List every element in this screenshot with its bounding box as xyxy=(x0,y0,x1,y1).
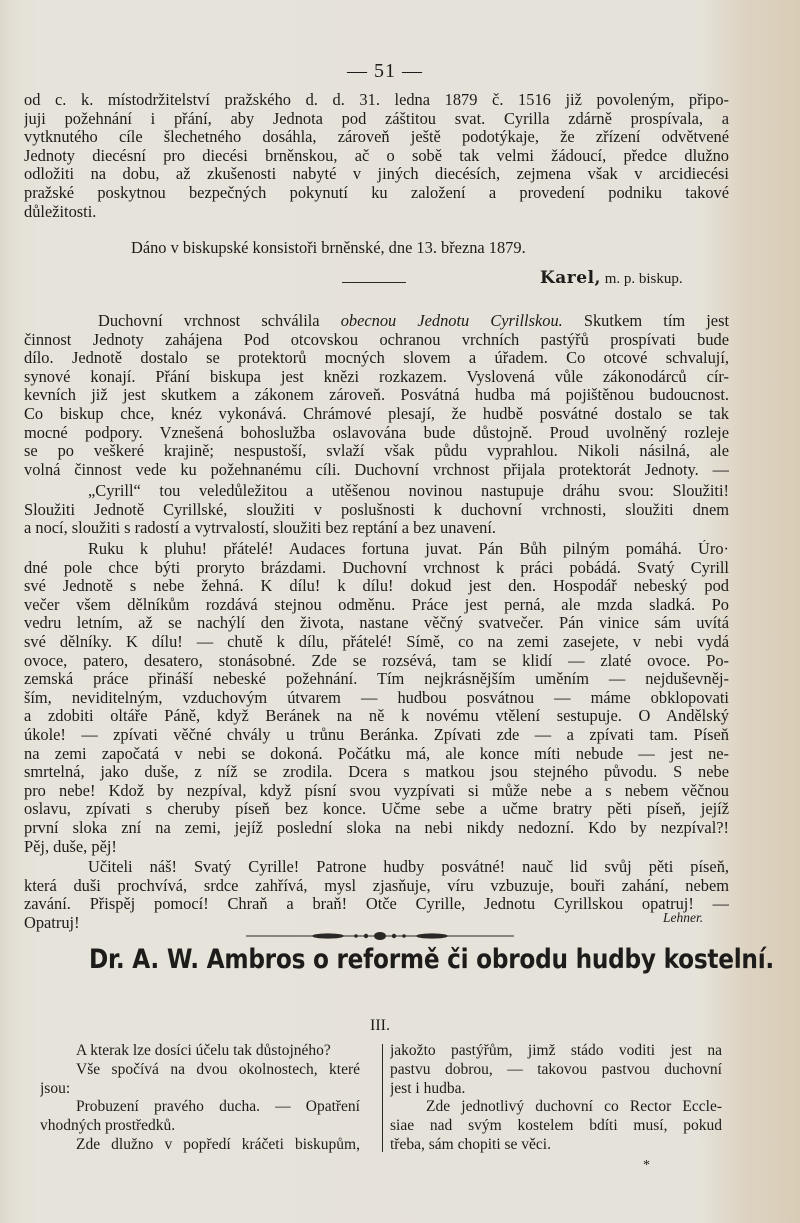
text-line: Ruku k pluhu! přátelé! Audaces fortuna j… xyxy=(24,540,729,559)
text-line: jsou: xyxy=(40,1080,360,1099)
right-column: jakožto pastýřům, jimž stádo voditi jest… xyxy=(390,1042,722,1155)
ornament-divider-icon xyxy=(240,930,520,942)
text-line: jakožto pastýřům, jimž stádo voditi jest… xyxy=(390,1042,722,1061)
dated-line: Dáno v biskupské konsistoři brněnské, dn… xyxy=(131,238,526,258)
text-line: vhodných prostředků. xyxy=(40,1117,360,1136)
text-line: ším, neviditelným, vzduchovým útvarem — … xyxy=(24,689,729,708)
text-line: první sloka zní na zemi, jejíž poslední … xyxy=(24,819,729,838)
text-line: Sloužiti Jednotě Cyrillské, sloužiti v p… xyxy=(24,501,729,520)
text-line: Učiteli náš! Svatý Cyrille! Patrone hudb… xyxy=(24,858,729,877)
text-line: vedru letním, až se nachýlí den života, … xyxy=(24,614,729,633)
text-line: třeba, sám chopiti se věci. xyxy=(390,1136,722,1155)
article-paragraph-1: Duchovní vrchnost schválila obecnou Jedn… xyxy=(24,312,729,479)
signature: Karel, m. p. biskup. xyxy=(540,268,683,288)
text-line: důležitosti. xyxy=(24,203,729,222)
text-line: mocné podpory. Vznešená bohoslužba oslav… xyxy=(24,424,729,443)
text-line: Duchovní vrchnost schválila obecnou Jedn… xyxy=(24,312,729,331)
text-line: pražské poskytnou bezpečných pokynutí ku… xyxy=(24,184,729,203)
text-line: Pěj, duše, pěj! xyxy=(24,838,729,857)
italic-emphasis: obecnou Jednotu Cyrillskou. xyxy=(341,312,563,330)
text-line: své Jednotě s nebe žehná. K dílu! k dílu… xyxy=(24,577,729,596)
scanned-page: — 51 — od c. k. místodržitelství pražské… xyxy=(0,0,800,1223)
text-line: Jednoty diecésní pro diecési brněnskou, … xyxy=(24,147,729,166)
text-line: juji požehnání i přání, aby Jednota pod … xyxy=(24,110,729,129)
text-line: volná činnost vede ku požehnanému cíli. … xyxy=(24,461,729,480)
text-line: činnost Jednoty zahájena Pod otcovskou o… xyxy=(24,331,729,350)
text-line: Vše spočívá na dvou okolnostech, které xyxy=(40,1061,360,1080)
text-line: úkole! — zpívati věčné chvály u trůnu Be… xyxy=(24,726,729,745)
section-number: III. xyxy=(370,1017,390,1035)
text-line: oslavu, zpívati s cheruby píseň bez konc… xyxy=(24,800,729,819)
text-line: zemská práce přináší nebeské požehnání. … xyxy=(24,670,729,689)
text-line: na zemi započatá v nebi se dokoná. Počát… xyxy=(24,745,729,764)
text-line: pro nebe! Kdož by nezpíval, když písní s… xyxy=(24,782,729,801)
text-line: „Cyrill“ tou veledůležitou a utěšenou no… xyxy=(24,482,729,501)
short-divider xyxy=(342,282,406,283)
text-line: jest i hudba. xyxy=(390,1080,722,1099)
text-line: se po veškeré krajině; nespustoší, svlaž… xyxy=(24,442,729,461)
article-headline: Dr. A. W. Ambros o reformě či obrodu hud… xyxy=(89,944,691,975)
author-signature: Lehner. xyxy=(663,910,703,926)
text-line: Probuzení pravého ducha. — Opatření xyxy=(40,1098,360,1117)
text-line: ovoce, patero, desatero, stonásobné. Zde… xyxy=(24,652,729,671)
text-line: odložiti na dobu, až zkušenosti nabyté v… xyxy=(24,165,729,184)
signature-name: Karel, xyxy=(540,268,601,288)
text-line: své dělníky. K dílu! — chutě k dílu, přá… xyxy=(24,633,729,652)
text-line: Zde jednotlivý duchovní co Rector Eccle- xyxy=(390,1098,722,1117)
text-line: kevních již jest skutkem a zákonem zárov… xyxy=(24,386,729,405)
article-paragraph-3: Ruku k pluhu! přátelé! Audaces fortuna j… xyxy=(24,540,729,856)
left-column: A kterak lze dosíci účelu tak důstojného… xyxy=(40,1042,360,1155)
text-line: dné pole chce býti proryto brázdami. Duc… xyxy=(24,559,729,578)
text-line: A kterak lze dosíci účelu tak důstojného… xyxy=(40,1042,360,1061)
text-line: zavání. Přispěj pomocí! Chraň a braň! Ot… xyxy=(24,895,729,914)
text-line: synové konají. Přání biskupa jest knězi … xyxy=(24,368,729,387)
text-line: pastvu dobrou, — takovou pastvou duchovn… xyxy=(390,1061,722,1080)
article-paragraph-4: Učiteli náš! Svatý Cyrille! Patrone hudb… xyxy=(24,858,729,932)
letter-text: od c. k. místodržitelství pražského d. d… xyxy=(24,91,729,221)
text-line: dílo. Jednotě dostalo se protektorů mocn… xyxy=(24,349,729,368)
text-line: smrtelná, jako duše, z níž se zrodila. D… xyxy=(24,763,729,782)
text-line: Zde dlužno v popředí kráčeti biskupům, xyxy=(40,1136,360,1155)
text-line: siae nad svým kostelem bdíti musí, pokud xyxy=(390,1117,722,1136)
text-line: vytknutého cíle šlechetného dosáhla, zár… xyxy=(24,128,729,147)
text-line: večer všem dělníkům rozdává stejnou odmě… xyxy=(24,596,729,615)
text-line: a nocí, sloužiti s radostí a vytrvalostí… xyxy=(24,519,729,538)
text-line: která duši prochvívá, srdce zahřívá, mys… xyxy=(24,877,729,896)
column-divider xyxy=(382,1044,383,1152)
text-line: od c. k. místodržitelství pražského d. d… xyxy=(24,91,729,110)
article-paragraph-2: „Cyrill“ tou veledůležitou a utěšenou no… xyxy=(24,482,729,538)
end-mark-asterisk: * xyxy=(643,1158,650,1174)
text-line: a zdobiti oltáře Páně, když Beránek na n… xyxy=(24,707,729,726)
text-line: Co biskup chce, knéz vykonává. Chrámové … xyxy=(24,405,729,424)
signature-title: m. p. biskup. xyxy=(605,271,683,287)
page-number: — 51 — xyxy=(0,60,770,83)
